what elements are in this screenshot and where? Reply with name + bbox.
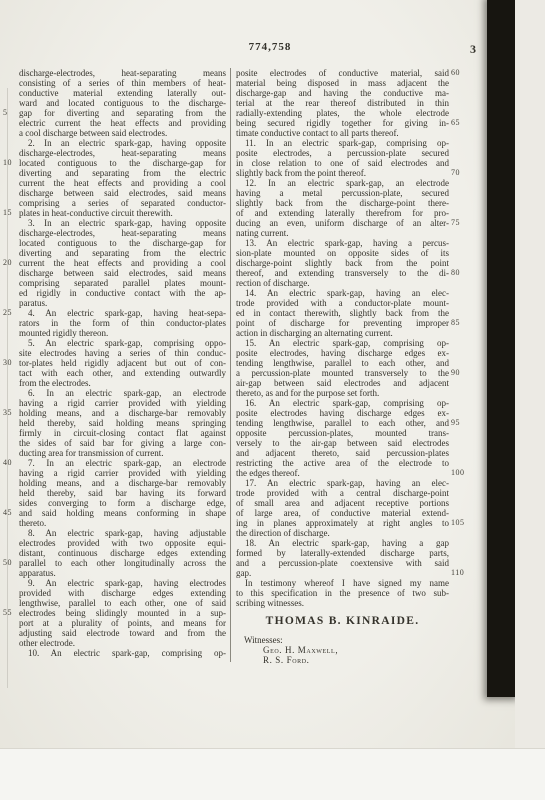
line-text: in close relation to one of said electro…: [236, 158, 449, 168]
line-text: port at a plurality of points, and means…: [19, 618, 226, 628]
text-line: 5. An electric spark-gap, comprising opp…: [19, 338, 226, 348]
text-line: posite electrodes of conductive material…: [236, 68, 449, 78]
text-line: tact with each other, and extending outw…: [19, 368, 226, 378]
line-text: 2. In an electric spark-gap, having oppo…: [28, 138, 226, 148]
line-number: 110: [451, 568, 472, 578]
line-text: tending lengthwise, parallel to each oth…: [236, 358, 449, 368]
text-line: trode provided with a central discharge-…: [236, 488, 449, 498]
line-text: electrodes provided with two opposite eq…: [19, 538, 226, 548]
line-text: trode provided with a conductor-plate mo…: [236, 298, 449, 308]
text-line: and a percussion-plate coextensive with …: [236, 558, 449, 568]
line-text: conductive material extending laterally …: [19, 88, 226, 98]
line-text: parallel to each other longitudinally ac…: [19, 558, 226, 568]
text-line: 12. In an electric spark-gap, an electro…: [236, 178, 449, 188]
line-text: radially-extending plates, the whole ele…: [236, 108, 449, 118]
line-number: 95: [451, 418, 472, 428]
text-line: In testimony whereof I have signed my na…: [236, 578, 449, 588]
line-text: discharge between said electrodes, said …: [19, 268, 226, 278]
text-line: discharge-electrodes, heat-separating me…: [19, 148, 226, 158]
line-number: 45: [3, 508, 17, 518]
line-text: of small area and adjacent receptive por…: [236, 498, 449, 508]
patent-number: 774,758: [0, 41, 540, 53]
line-number: 50: [3, 558, 17, 568]
line-text: restricting the active area of the elect…: [236, 458, 449, 468]
line-text: 15. An electric spark-gap, comprising op…: [245, 338, 449, 348]
line-text: 17. An electric spark-gap, having an ele…: [245, 478, 449, 488]
text-line: located contiguous to the discharge-gap …: [19, 238, 226, 248]
text-line: plates in heat-conductive circuit therew…: [19, 208, 226, 218]
line-text: held thereby, said bar having its forwar…: [19, 488, 226, 498]
line-text: other electrode.: [19, 638, 75, 648]
line-text: having a metal percussion-plate, secured: [236, 188, 449, 198]
line-text: thereof, and extending transversely to t…: [236, 268, 449, 278]
line-text: tending lengthwise, parallel to each oth…: [236, 418, 449, 428]
line-text: the edges thereof.: [236, 468, 300, 478]
line-text: opposite percussion-plates, mounted tran…: [236, 428, 449, 438]
text-line: to this specification in the presence of…: [236, 588, 449, 598]
text-line: tending lengthwise, parallel to each oth…: [236, 418, 449, 428]
text-line: rection of discharge.: [236, 278, 449, 288]
line-text: rection of discharge.: [236, 278, 310, 288]
line-text: 10. An electric spark-gap, comprising op…: [28, 648, 226, 658]
text-line: consisting of a series of thin members o…: [19, 78, 226, 88]
text-line: a cool discharge between said electrodes…: [19, 128, 226, 138]
text-line: current the heat effects and providing a…: [19, 178, 226, 188]
text-line: of and extending laterally therefrom for…: [236, 208, 449, 218]
text-line: site electrodes having a series of thin …: [19, 348, 226, 358]
line-text: diverting and separating from the electr…: [19, 168, 226, 178]
text-line: posite electrodes, a percussion-plate se…: [236, 148, 449, 158]
line-text: 7. In an electric spark-gap, an electrod…: [28, 458, 226, 468]
line-text: the sides of said bar for giving a large…: [19, 438, 226, 448]
witnesses-label: Witnesses:: [244, 635, 283, 645]
text-line: 13. An electric spark-gap, having a perc…: [236, 238, 449, 248]
text-line: comprising separated parallel plates mou…: [19, 278, 226, 288]
line-text: 18. An electric spark-gap, having a gap: [245, 538, 449, 548]
line-text: scribing witnesses.: [236, 598, 304, 608]
line-text: located contiguous to the discharge-gap …: [19, 158, 226, 168]
patent-page: 774,758 3 discharge-electrodes, heat-sep…: [0, 0, 545, 800]
line-text: 3. In an electric spark-gap, having oppo…: [28, 218, 226, 228]
line-text: apparatus.: [19, 568, 56, 578]
text-line: discharge-point slightly back from the p…: [236, 258, 449, 268]
line-text: posite electrodes having discharge edges…: [236, 408, 449, 418]
text-line: trode provided with a conductor-plate mo…: [236, 298, 449, 308]
text-line: port at a plurality of points, and means…: [19, 618, 226, 628]
text-line: of small area and adjacent receptive por…: [236, 498, 449, 508]
text-line: diverting and separating from the electr…: [19, 248, 226, 258]
text-line: material being disposed in mass adjacent…: [236, 78, 449, 88]
text-line: 14. An electric spark-gap, having an ele…: [236, 288, 449, 298]
line-text: site electrodes having a series of thin …: [19, 348, 226, 358]
text-line: 2. In an electric spark-gap, having oppo…: [19, 138, 226, 148]
text-line: 6. In an electric spark-gap, an electrod…: [19, 388, 226, 398]
line-text: the direction of discharge.: [236, 528, 330, 538]
line-text: In testimony whereof I have signed my na…: [245, 578, 449, 588]
text-line: diverting and separating from the electr…: [19, 168, 226, 178]
line-text: having a rigid carrier provided with yie…: [19, 398, 226, 408]
line-number: 5: [3, 108, 17, 118]
line-text: discharge-electrodes, heat-separating me…: [19, 228, 226, 238]
text-line: of large area, of conductive material ex…: [236, 508, 449, 518]
line-text: located contiguous to the discharge-gap …: [19, 238, 226, 248]
line-text: distant, continuous discharge edges exte…: [19, 548, 226, 558]
line-text: thereto, as and for the purpose set fort…: [236, 388, 379, 398]
line-text: 16. An electric spark-gap, comprising op…: [245, 398, 449, 408]
text-line: being secured rigidly together for givin…: [236, 118, 449, 128]
line-text: versely to the air-gap between said elec…: [236, 438, 449, 448]
line-text: posite electrodes of conductive material…: [236, 68, 449, 78]
line-text: electrodes being slidingly mounted in a …: [19, 608, 226, 618]
line-text: point of discharge for preventing improp…: [236, 318, 449, 328]
text-line: tending lengthwise, parallel to each oth…: [236, 358, 449, 368]
line-text: having a rigid carrier provided with yie…: [19, 468, 226, 478]
line-number: 60: [451, 68, 472, 78]
text-line: the direction of discharge.: [236, 528, 449, 538]
line-text: held thereby, said holding means springi…: [19, 418, 226, 428]
text-line: tor-plates held rigidly adjacent but out…: [19, 358, 226, 368]
line-text: of large area, of conductive material ex…: [236, 508, 449, 518]
line-text: tact with each other, and extending outw…: [19, 368, 226, 378]
text-line: discharge-gap and having the conductive …: [236, 88, 449, 98]
text-line: 16. An electric spark-gap, comprising op…: [236, 398, 449, 408]
text-line: conductive material extending laterally …: [19, 88, 226, 98]
text-line: sides converging to form a discharge edg…: [19, 498, 226, 508]
line-number: 15: [3, 208, 17, 218]
text-line: lengthwise, parallel to each other, one …: [19, 598, 226, 608]
column-divider: [230, 68, 231, 662]
line-text: sion-plate mounted on opposite sides of …: [236, 248, 449, 258]
witness-name: R. S. Ford.: [263, 655, 310, 665]
signature: THOMAS B. KINRAIDE.: [236, 615, 449, 627]
line-number: 10: [3, 158, 17, 168]
line-number: 70: [451, 168, 472, 178]
line-text: 4. An electric spark-gap, having heat-se…: [28, 308, 226, 318]
text-line: formed by laterally-extended discharge p…: [236, 548, 449, 558]
line-text: 6. In an electric spark-gap, an electrod…: [28, 388, 226, 398]
line-text: diverting and separating from the electr…: [19, 248, 226, 258]
text-line: paratus.: [19, 298, 226, 308]
text-line: opposite percussion-plates, mounted tran…: [236, 428, 449, 438]
line-number: 30: [3, 358, 17, 368]
page-bottom-margin: [0, 748, 545, 800]
line-text: 14. An electric spark-gap, having an ele…: [245, 288, 449, 298]
text-line: adjusting said electrode toward and from…: [19, 628, 226, 638]
line-text: provided with discharge edges extending: [19, 588, 226, 598]
line-text: 8. An electric spark-gap, having adjusta…: [28, 528, 226, 538]
line-text: comprising separated parallel plates mou…: [19, 278, 226, 288]
text-line: 10. An electric spark-gap, comprising op…: [19, 648, 226, 658]
text-line: provided with discharge edges extending: [19, 588, 226, 598]
line-text: timate conductive contact to all parts t…: [236, 128, 399, 138]
line-number: 85: [451, 318, 472, 328]
line-text: consisting of a series of thin members o…: [19, 78, 226, 88]
line-text: electric current the heat effects and pr…: [19, 118, 226, 128]
line-text: 11. In an electric spark-gap, comprising…: [245, 138, 449, 148]
line-text: ed in contact therewith, slightly back f…: [236, 308, 449, 318]
line-text: posite electrodes, a percussion-plate se…: [236, 148, 449, 158]
line-text: 9. An electric spark-gap, having electro…: [28, 578, 226, 588]
line-number: 65: [451, 118, 472, 128]
page-right-margin: [515, 0, 545, 800]
line-text: action in discharging an alternating cur…: [236, 328, 393, 338]
text-line: 11. In an electric spark-gap, comprising…: [236, 138, 449, 148]
text-line: holding means, and a discharge-bar remov…: [19, 478, 226, 488]
line-text: comprising a series of separated conduct…: [19, 198, 226, 208]
line-text: from the electrodes.: [19, 378, 91, 388]
line-text: 13. An electric spark-gap, having a perc…: [245, 238, 449, 248]
line-number: 25: [3, 308, 17, 318]
line-text: air-gap between said electrodes and adja…: [236, 378, 449, 388]
text-line: discharge between said electrodes, said …: [19, 268, 226, 278]
line-text: slightly back from the discharge-point t…: [236, 198, 449, 208]
line-text: holding means, and a discharge-bar remov…: [19, 478, 226, 488]
line-text: tor-plates held rigidly adjacent but out…: [19, 358, 226, 368]
line-number: 100: [451, 468, 472, 478]
line-text: holding means, and a discharge-bar remov…: [19, 408, 226, 418]
text-line: discharge-electrodes, heat-separating me…: [19, 228, 226, 238]
text-line: a percussion-plate mounted transversely …: [236, 368, 449, 378]
line-number: 20: [3, 258, 17, 268]
text-line: 18. An electric spark-gap, having a gap: [236, 538, 449, 548]
text-line: ed in contact therewith, slightly back f…: [236, 308, 449, 318]
text-line: restricting the active area of the elect…: [236, 458, 449, 468]
line-text: current the heat effects and providing a…: [19, 178, 226, 188]
line-text: posite electrodes, having discharge edge…: [236, 348, 449, 358]
line-number: 80: [451, 268, 472, 278]
line-text: mounted rigidly thereon.: [19, 328, 108, 338]
text-line: held thereby, said bar having its forwar…: [19, 488, 226, 498]
line-text: ducting area for transmission of current…: [19, 448, 163, 458]
line-number: 105: [451, 518, 472, 528]
line-text: material being disposed in mass adjacent…: [236, 78, 449, 88]
text-line: in close relation to one of said electro…: [236, 158, 449, 168]
text-line: rators in the form of thin conductor-pla…: [19, 318, 226, 328]
text-line: versely to the air-gap between said elec…: [236, 438, 449, 448]
line-text: gap.: [236, 568, 251, 578]
text-line: 3. In an electric spark-gap, having oppo…: [19, 218, 226, 228]
text-line: having a rigid carrier provided with yie…: [19, 398, 226, 408]
text-line: firmly in circuit-closing contact flat a…: [19, 428, 226, 438]
text-line: thereto.: [19, 518, 226, 528]
text-line: ducting area for transmission of current…: [19, 448, 226, 458]
line-text: 5. An electric spark-gap, comprising opp…: [28, 338, 226, 348]
text-line: 9. An electric spark-gap, having electro…: [19, 578, 226, 588]
text-line: other electrode.: [19, 638, 226, 648]
text-line: located contiguous to the discharge-gap …: [19, 158, 226, 168]
line-text: lengthwise, parallel to each other, one …: [19, 598, 226, 608]
line-text: and a percussion-plate coextensive with …: [236, 558, 449, 568]
left-column: discharge-electrodes, heat-separating me…: [19, 68, 226, 658]
text-line: current the heat effects and providing a…: [19, 258, 226, 268]
text-line: electrodes being slidingly mounted in a …: [19, 608, 226, 618]
witness-name: Geo. H. Maxwell,: [263, 645, 338, 655]
text-line: action in discharging an alternating cur…: [236, 328, 449, 338]
text-line: air-gap between said electrodes and adja…: [236, 378, 449, 388]
line-text: and said holding means conforming in sha…: [19, 508, 226, 518]
text-line: ed rigidly in conductive contact with th…: [19, 288, 226, 298]
text-line: slightly back from the point thereof.70: [236, 168, 449, 178]
text-line: electrodes provided with two opposite eq…: [19, 538, 226, 548]
text-line: and adjacent thereto, said percussion-pl…: [236, 448, 449, 458]
text-line: having a rigid carrier provided with yie…: [19, 468, 226, 478]
line-text: thereto.: [19, 518, 46, 528]
line-number: 35: [3, 408, 17, 418]
scan-edge-band: [487, 0, 515, 697]
line-text: current the heat effects and providing a…: [19, 258, 226, 268]
text-line: sion-plate mounted on opposite sides of …: [236, 248, 449, 258]
text-line: discharge-electrodes, heat-separating me…: [19, 68, 226, 78]
text-line: apparatus.: [19, 568, 226, 578]
line-text: a percussion-plate mounted transversely …: [236, 368, 449, 378]
text-line: the sides of said bar for giving a large…: [19, 438, 226, 448]
text-line: nating current.: [236, 228, 449, 238]
line-text: to this specification in the presence of…: [236, 588, 449, 598]
text-line: posite electrodes having discharge edges…: [236, 408, 449, 418]
text-line: 7. In an electric spark-gap, an electrod…: [19, 458, 226, 468]
line-text: rators in the form of thin conductor-pla…: [19, 318, 226, 328]
text-line: electric current the heat effects and pr…: [19, 118, 226, 128]
text-line: discharge between said electrodes, said …: [19, 188, 226, 198]
text-line: gap for diverting and separating from th…: [19, 108, 226, 118]
line-text: firmly in circuit-closing contact flat a…: [19, 428, 226, 438]
text-line: comprising a series of separated conduct…: [19, 198, 226, 208]
text-line: terial at the rear thereof distributed i…: [236, 98, 449, 108]
line-text: ing in planes approximately at right ang…: [236, 518, 449, 528]
text-line: 4. An electric spark-gap, having heat-se…: [19, 308, 226, 318]
line-text: discharge-gap and having the conductive …: [236, 88, 449, 98]
line-text: paratus.: [19, 298, 47, 308]
line-text: discharge-electrodes, heat-separating me…: [19, 68, 226, 78]
text-line: ing in planes approximately at right ang…: [236, 518, 449, 528]
line-text: ducing an even, uniform discharge of an …: [236, 218, 449, 228]
line-text: plates in heat-conductive circuit therew…: [19, 208, 173, 218]
text-line: thereof, and extending transversely to t…: [236, 268, 449, 278]
page-number: 3: [470, 42, 490, 57]
line-text: ed rigidly in conductive contact with th…: [19, 288, 226, 298]
text-line: 8. An electric spark-gap, having adjusta…: [19, 528, 226, 538]
line-text: slightly back from the point thereof.: [236, 168, 366, 178]
text-line: from the electrodes.: [19, 378, 226, 388]
text-line: mounted rigidly thereon.: [19, 328, 226, 338]
line-number: 40: [3, 458, 17, 468]
line-number: 55: [3, 608, 17, 618]
line-text: a cool discharge between said electrodes…: [19, 128, 167, 138]
text-line: and said holding means conforming in sha…: [19, 508, 226, 518]
line-text: discharge between said electrodes, said …: [19, 188, 226, 198]
line-text: formed by laterally-extended discharge p…: [236, 548, 449, 558]
line-text: trode provided with a central discharge-…: [236, 488, 449, 498]
line-number: 90: [451, 368, 472, 378]
text-line: thereto, as and for the purpose set fort…: [236, 388, 449, 398]
text-line: point of discharge for preventing improp…: [236, 318, 449, 328]
line-text: sides converging to form a discharge edg…: [19, 498, 226, 508]
line-text: adjusting said electrode toward and from…: [19, 628, 226, 638]
right-column: posite electrodes of conductive material…: [236, 68, 449, 608]
text-line: radially-extending plates, the whole ele…: [236, 108, 449, 118]
line-number: 75: [451, 218, 472, 228]
text-line: holding means, and a discharge-bar remov…: [19, 408, 226, 418]
text-line: posite electrodes, having discharge edge…: [236, 348, 449, 358]
text-line: held thereby, said holding means springi…: [19, 418, 226, 428]
text-line: slightly back from the discharge-point t…: [236, 198, 449, 208]
text-line: scribing witnesses.: [236, 598, 449, 608]
line-text: discharge-electrodes, heat-separating me…: [19, 148, 226, 158]
text-line: 15. An electric spark-gap, comprising op…: [236, 338, 449, 348]
text-line: gap.110: [236, 568, 449, 578]
line-text: 12. In an electric spark-gap, an electro…: [245, 178, 449, 188]
text-line: parallel to each other longitudinally ac…: [19, 558, 226, 568]
text-line: ducing an even, uniform discharge of an …: [236, 218, 449, 228]
line-text: and adjacent thereto, said percussion-pl…: [236, 448, 449, 458]
text-line: the edges thereof.100: [236, 468, 449, 478]
line-text: being secured rigidly together for givin…: [236, 118, 449, 128]
text-line: ward and located contiguous to the disch…: [19, 98, 226, 108]
page-edge-line: [7, 88, 8, 688]
line-text: of and extending laterally therefrom for…: [236, 208, 449, 218]
line-text: discharge-point slightly back from the p…: [236, 258, 449, 268]
text-line: timate conductive contact to all parts t…: [236, 128, 449, 138]
line-text: ward and located contiguous to the disch…: [19, 98, 226, 108]
line-text: terial at the rear thereof distributed i…: [236, 98, 449, 108]
text-line: having a metal percussion-plate, secured: [236, 188, 449, 198]
text-line: distant, continuous discharge edges exte…: [19, 548, 226, 558]
line-text: nating current.: [236, 228, 288, 238]
line-text: gap for diverting and separating from th…: [19, 108, 226, 118]
text-line: 17. An electric spark-gap, having an ele…: [236, 478, 449, 488]
